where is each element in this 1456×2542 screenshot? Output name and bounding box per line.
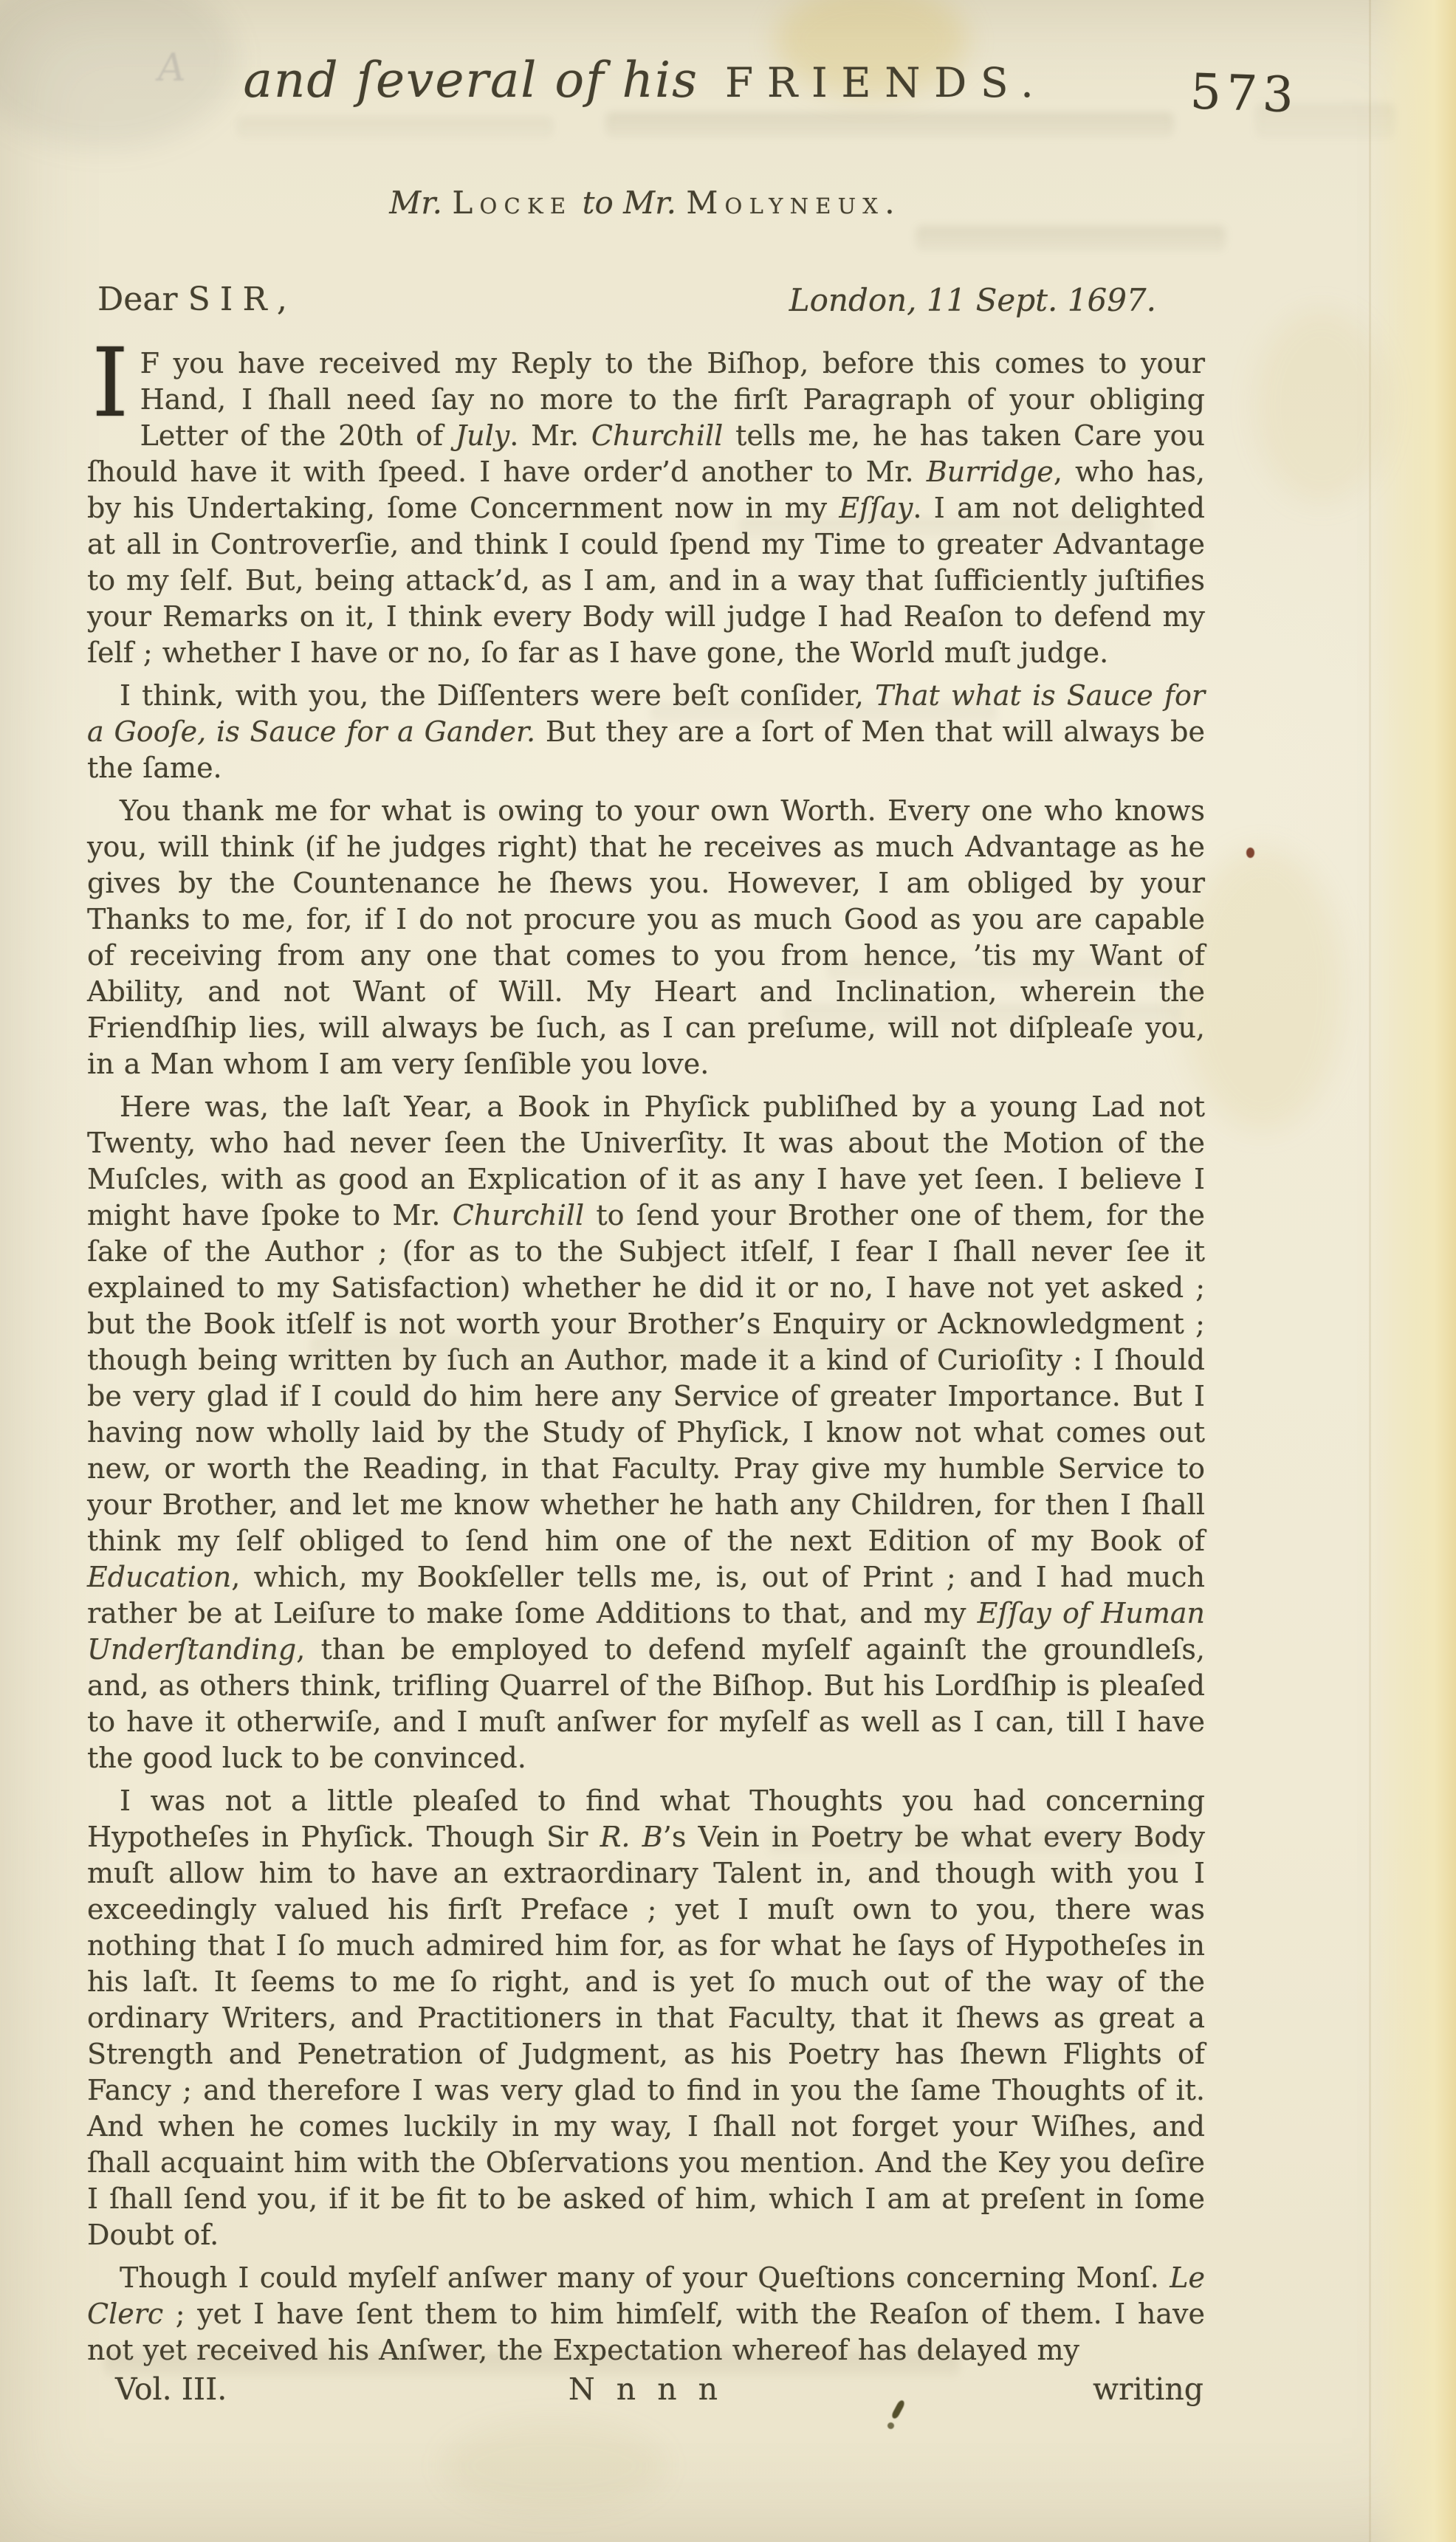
text-segment: I think, with you, the Diſſenters were b…	[120, 679, 875, 712]
text-segment: Churchill	[591, 419, 723, 452]
ink-fleck	[1246, 848, 1254, 858]
dateline: London, 11 Sept. 1697.	[789, 282, 1156, 318]
book-page: A and ſeveral of hisFRIENDS. 573 Mr. Loc…	[0, 0, 1456, 2542]
text-segment: Burridge	[927, 456, 1054, 488]
page-edge	[1369, 0, 1456, 2542]
volume-label: Vol. III.	[115, 2371, 227, 2407]
text-segment: Locke	[452, 185, 572, 221]
salutation: Dear SIR,	[97, 281, 287, 318]
bleed-through-band	[916, 226, 1226, 251]
bleed-through-band	[236, 117, 554, 139]
running-title-italic: and ſeveral of his	[243, 52, 698, 109]
paper-stain	[1255, 310, 1388, 502]
text-segment: Eſſay	[839, 492, 913, 524]
paper-stain	[1181, 849, 1344, 1130]
text-segment: . Mr.	[509, 419, 591, 452]
signature-mark: N n n n	[569, 2371, 724, 2407]
text-segment: ,	[277, 281, 287, 318]
letter-body: IF you have received my Reply to the Biſ…	[87, 346, 1205, 2368]
page-footer: Vol. III. N n n n writing	[87, 2371, 1205, 2416]
text-segment: ; yet I have ſent them to him himſelf, w…	[87, 2298, 1205, 2366]
text-segment: ’s Vein in Poetry be what every Body muſ…	[87, 1821, 1205, 2251]
text-segment: Though I could myſelf anſwer many of you…	[120, 2261, 1170, 2294]
text-segment: London, 11 Sept. 1697.	[789, 282, 1156, 318]
text-segment: Dear	[97, 281, 188, 318]
paragraph: I think, with you, the Diſſenters were b…	[87, 678, 1205, 786]
text-segment: SIR	[188, 281, 277, 318]
text-segment: Molyneux.	[686, 185, 901, 221]
paragraph: Here was, the laſt Year, a Book in Phyſi…	[87, 1089, 1205, 1776]
paragraph: Though I could myſelf anſwer many of you…	[87, 2260, 1205, 2368]
running-title-caps: FRIENDS.	[725, 59, 1047, 106]
letter-heading: Mr. Locke to Mr. Molyneux.	[87, 185, 1203, 221]
paper-stain	[443, 2422, 665, 2510]
catchword: writing	[1093, 2371, 1203, 2407]
text-segment: July	[456, 419, 509, 452]
ink-flick-dot	[887, 2422, 894, 2429]
text-segment: Churchill	[453, 1199, 584, 1232]
bleed-through-band	[605, 112, 1174, 137]
text-segment: Mr.	[623, 185, 686, 221]
drop-cap: I	[92, 348, 129, 421]
paragraph: IF you have received my Reply to the Biſ…	[87, 346, 1205, 671]
page-number: 573	[1189, 63, 1300, 123]
text-segment: to ſend your Brother one of them, for th…	[87, 1199, 1205, 1557]
salutation-row: Dear SIR, London, 11 Sept. 1697.	[87, 281, 1203, 325]
text-segment: You thank me for what is owing to your o…	[87, 794, 1205, 1080]
paragraph: You thank me for what is owing to your o…	[87, 793, 1205, 1082]
text-segment: Mr.	[389, 185, 452, 221]
paragraph: I was not a little pleaſed to find what …	[87, 1783, 1205, 2253]
running-head: and ſeveral of hisFRIENDS.	[87, 52, 1203, 109]
text-segment: Education	[87, 1561, 231, 1593]
text-segment: to	[572, 185, 623, 221]
text-segment: R. B	[600, 1821, 663, 1853]
